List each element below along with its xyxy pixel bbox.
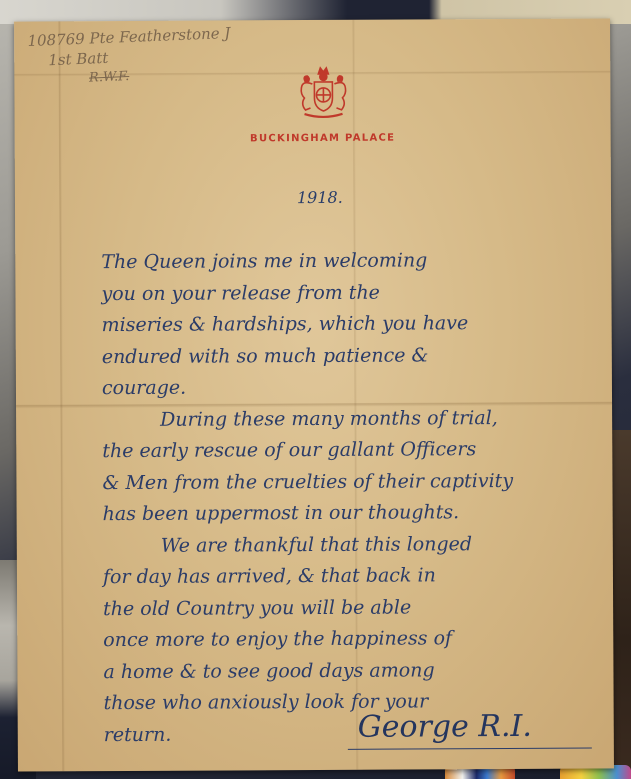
letterhead-title: BUCKINGHAM PALACE <box>15 131 611 145</box>
text-line: During these many months of trial, <box>102 402 602 436</box>
letter-paper: 108769 Pte Featherstone J 1st Batt R.W.F… <box>14 18 614 771</box>
text-line: the early rescue of our gallant Officers <box>102 433 602 467</box>
background-photo-edge <box>611 430 631 779</box>
text-line: for day has arrived, & that back in <box>103 559 603 593</box>
letter-date: 1918. <box>297 188 343 207</box>
letter-body: The Queen joins me in welcoming you on y… <box>101 244 604 751</box>
text-line: once more to enjoy the happiness of <box>103 622 603 656</box>
paragraph-welcome: The Queen joins me in welcoming you on y… <box>101 244 602 404</box>
text-line: endured with so much patience & <box>102 339 602 373</box>
text-line: the old Country you will be able <box>103 591 603 625</box>
text-line: courage. <box>102 370 602 404</box>
text-line: The Queen joins me in welcoming <box>101 244 601 278</box>
text-line: We are thankful that this longed <box>103 528 603 562</box>
text-line: a home & to see good days among <box>103 654 603 688</box>
royal-coat-of-arms-icon <box>292 64 354 120</box>
annotation-regiment: R.W.F. <box>89 63 233 89</box>
paragraph-captivity: During these many months of trial, the e… <box>102 402 603 531</box>
text-line: has been uppermost in our thoughts. <box>103 496 603 530</box>
text-line: miseries & hardships, which you have <box>102 307 602 341</box>
royal-signature: George R.I. <box>348 709 592 750</box>
pencil-annotation: 108769 Pte Featherstone J 1st Batt R.W.F… <box>27 23 232 91</box>
text-line: & Men from the cruelties of their captiv… <box>102 465 602 499</box>
text-line: you on your release from the <box>101 276 601 310</box>
